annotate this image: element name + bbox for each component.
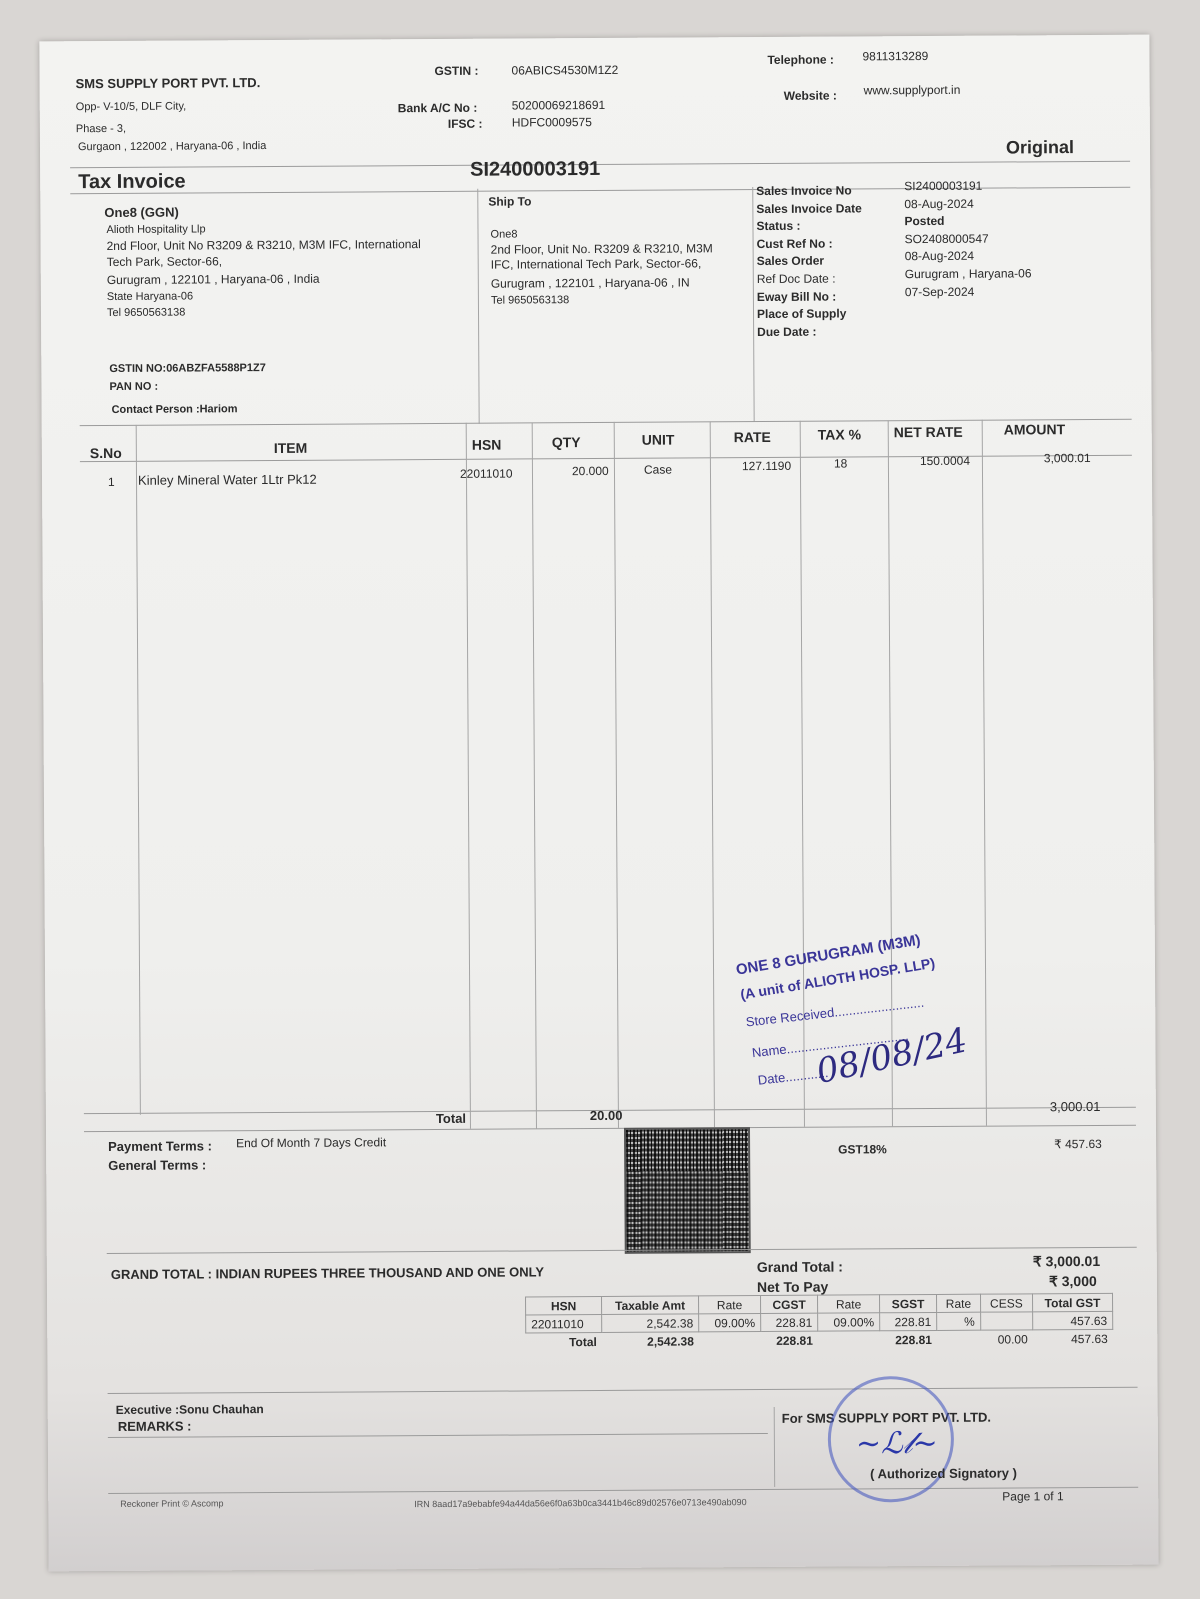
gst-col-rate: Rate — [818, 1295, 880, 1313]
row-net-rate: 150.0004 — [920, 454, 970, 468]
total-label: Total — [436, 1111, 466, 1126]
divider — [108, 1433, 768, 1438]
grand-total-label: Grand Total : — [757, 1259, 843, 1276]
meta-label: Place of Supply — [757, 306, 862, 324]
website-label: Website : — [784, 89, 837, 103]
net-to-pay-value: ₹ 3,000 — [1049, 1273, 1097, 1290]
table-row: 1 Kinley Mineral Water 1Ltr Pk12 2201101… — [39, 35, 1149, 42]
gst-col-rate: Rate — [699, 1296, 761, 1314]
general-terms-label: General Terms : — [108, 1157, 206, 1173]
bank-account-number: 50200069218691 — [512, 98, 606, 113]
row-hsn: 22011010 — [460, 467, 513, 481]
gst-cell: 00.00 — [980, 1330, 1032, 1348]
gst-cell: 457.63 — [1033, 1329, 1113, 1347]
meta-label: Status : — [756, 218, 861, 236]
bill-to-pan: PAN NO : — [109, 381, 158, 393]
bill-to-name: One8 (GGN) — [104, 205, 178, 220]
invoice-number-heading: SI2400003191 — [470, 158, 600, 182]
table-header-border — [80, 455, 1132, 462]
divider — [108, 1387, 1138, 1394]
bill-to-line: State Haryana-06 — [107, 290, 193, 303]
signature-icon: ~ℒ𝓁~ — [856, 1426, 938, 1461]
supplier-address-line-3: Gurgaon , 122002 , Haryana-06 , India — [78, 140, 266, 153]
sales-order: SO2408000547 — [905, 230, 1032, 248]
executive-name: Executive :Sonu Chauhan — [116, 1402, 264, 1417]
row-sno: 1 — [108, 475, 115, 489]
due-date: 07-Sep-2024 — [905, 283, 1032, 301]
divider — [477, 189, 479, 424]
supplier-address-line-1: Opp- V-10/5, DLF City, — [76, 101, 187, 114]
gst-summary-label: GST18% — [838, 1142, 887, 1156]
row-unit: Case — [644, 463, 672, 477]
divider — [774, 1407, 775, 1487]
col-divider — [614, 422, 619, 1128]
col-header-item: ITEM — [274, 440, 308, 456]
supplier-name: SMS SUPPLY PORT PVT. LTD. — [76, 75, 261, 91]
meta-label: Sales Invoice No — [756, 182, 861, 200]
gstin-label: GSTIN : — [434, 64, 478, 78]
table-top-border — [80, 419, 1132, 426]
net-to-pay-label: Net To Pay — [757, 1279, 828, 1295]
gst-cell: 228.81 — [761, 1313, 818, 1331]
bill-to-line: 2nd Floor, Unit No R3209 & R3210, M3M IF… — [107, 237, 421, 253]
col-header-sno: S.No — [90, 445, 122, 461]
gst-cell — [699, 1332, 761, 1350]
table-bottom-border — [84, 1125, 1136, 1132]
gst-cell: % — [937, 1312, 981, 1330]
bill-to-line: Gurugram , 122101 , Haryana-06 , India — [107, 272, 320, 287]
ship-to-label: Ship To — [488, 194, 531, 208]
col-divider — [710, 421, 715, 1127]
bank-account-label: Bank A/C No : — [398, 101, 478, 115]
total-qty: 20.00 — [590, 1108, 623, 1123]
col-divider — [466, 423, 471, 1129]
tax-invoice-page: SMS SUPPLY PORT PVT. LTD. Opp- V-10/5, D… — [39, 35, 1158, 1572]
invoice-meta-labels: Sales Invoice No Sales Invoice Date Stat… — [756, 182, 862, 341]
gst-cell: Total — [526, 1332, 602, 1350]
bill-to-gstin: GSTIN NO:06ABZFA5588P1Z7 — [109, 362, 266, 375]
ifsc-label: IFSC : — [448, 117, 483, 131]
gst-cell — [937, 1330, 981, 1348]
col-header-hsn: HSN — [472, 437, 502, 453]
gst-col-taxable: Taxable Amt — [602, 1296, 699, 1315]
meta-label: Due Date : — [757, 323, 862, 341]
telephone-label: Telephone : — [767, 53, 834, 67]
gst-cell: 22011010 — [526, 1314, 602, 1332]
ship-to-line: 2nd Floor, Unit No. R3209 & R3210, M3M — [491, 241, 713, 256]
row-tax: 18 — [834, 456, 847, 470]
meta-label: Eway Bill No : — [757, 288, 862, 306]
contact-person: Contact Person :Hariom — [112, 403, 238, 416]
document-title: Tax Invoice — [78, 171, 186, 195]
gst-col-total: Total GST — [1032, 1293, 1112, 1311]
bill-to-line: Tech Park, Sector-66, — [107, 254, 222, 269]
authorized-signatory: ( Authorized Signatory ) — [870, 1465, 1017, 1481]
gst-col-hsn: HSN — [526, 1296, 602, 1314]
software-credit: Reckoner Print © Ascomp — [120, 1498, 223, 1509]
gst-cell: 457.63 — [1033, 1311, 1113, 1329]
ship-to-line: Gurugram , 122101 , Haryana-06 , IN — [491, 275, 690, 290]
store-received: Store Received......................... — [745, 995, 925, 1030]
gst-cell: 2,542.38 — [602, 1314, 699, 1333]
page-number: Page 1 of 1 — [1002, 1489, 1063, 1503]
col-divider — [532, 422, 537, 1128]
amount-in-words: GRAND TOTAL : INDIAN RUPEES THREE THOUSA… — [111, 1264, 544, 1282]
meta-label: Sales Invoice Date — [756, 200, 861, 218]
gst-col-cgst: CGST — [760, 1295, 817, 1313]
gst-total-row: Total 2,542.38 228.81 228.81 00.00 457.6… — [526, 1329, 1113, 1350]
col-header-tax: TAX % — [818, 426, 861, 442]
col-header-net-rate: NET RATE — [894, 424, 963, 440]
col-header-amount: AMOUNT — [1004, 421, 1066, 437]
ref-doc-date: 08-Aug-2024 — [905, 248, 1032, 266]
meta-label: Sales Order — [757, 253, 862, 271]
row-rate: 127.1190 — [742, 459, 791, 473]
col-divider — [888, 420, 893, 1126]
gst-col-cess: CESS — [980, 1294, 1032, 1312]
e-invoice-qr-code — [624, 1127, 751, 1254]
gst-cell: 09.00% — [699, 1314, 761, 1332]
place-of-supply: Gurugram , Haryana-06 — [905, 265, 1032, 283]
gst-cell — [818, 1331, 880, 1349]
gst-breakup-table: HSN Taxable Amt Rate CGST Rate SGST Rate… — [525, 1293, 1113, 1351]
supplier-address-line-2: Phase - 3, — [76, 123, 126, 135]
col-header-rate: RATE — [734, 429, 771, 445]
irn-number: IRN 8aad17a9ebabfe94a44da56e6f0a63b0ca34… — [414, 1497, 746, 1509]
gst-col-sgst: SGST — [880, 1294, 937, 1312]
gst-cell: 228.81 — [880, 1312, 937, 1330]
payment-terms-value: End Of Month 7 Days Credit — [236, 1135, 386, 1150]
gst-cell: 228.81 — [761, 1331, 818, 1349]
payment-terms-label: Payment Terms : — [108, 1138, 212, 1154]
gst-cell — [980, 1312, 1032, 1330]
row-qty: 20.000 — [572, 464, 609, 478]
sales-invoice-no: SI2400003191 — [904, 177, 1031, 195]
divider — [108, 1487, 1138, 1494]
meta-label: Cust Ref No : — [757, 235, 862, 253]
divider — [752, 187, 754, 422]
col-divider — [136, 425, 141, 1115]
copy-type: Original — [1006, 137, 1074, 158]
gst-cell: 2,542.38 — [602, 1332, 699, 1350]
grand-total-value: ₹ 3,000.01 — [1033, 1253, 1100, 1270]
gst-col-rate: Rate — [937, 1294, 981, 1312]
invoice-meta-values: SI2400003191 08-Aug-2024 Posted SO240800… — [904, 177, 1031, 301]
supplier-telephone: 9811313289 — [862, 49, 928, 63]
supplier-website: www.supplyport.in — [864, 83, 961, 98]
ship-to-line: One8 — [490, 228, 517, 240]
col-header-qty: QTY — [552, 434, 581, 450]
bill-to-line: Tel 9650563138 — [107, 307, 185, 319]
remarks-label: REMARKS : — [118, 1419, 192, 1434]
ifsc-code: HDFC0009575 — [512, 115, 592, 129]
gst-summary-amount: ₹ 457.63 — [1054, 1137, 1102, 1151]
status-value: Posted — [904, 213, 1031, 231]
col-header-unit: UNIT — [642, 432, 675, 448]
meta-label: Ref Doc Date : — [757, 270, 862, 288]
ship-to-line: Tel 9650563138 — [491, 294, 569, 306]
supplier-gstin: 06ABICS4530M1Z2 — [511, 63, 618, 78]
gst-cell: 228.81 — [880, 1330, 937, 1348]
col-divider — [982, 420, 987, 1126]
row-amount: 3,000.01 — [1044, 451, 1091, 465]
ship-to-line: IFC, International Tech Park, Sector-66, — [491, 256, 702, 271]
divider — [107, 1247, 1137, 1254]
bill-to-line: Alioth Hospitality Llp — [106, 223, 205, 236]
sales-invoice-date: 08-Aug-2024 — [904, 195, 1031, 213]
row-item: Kinley Mineral Water 1Ltr Pk12 — [138, 472, 317, 488]
gst-cell: 09.00% — [818, 1313, 880, 1331]
total-amount: 3,000.01 — [1050, 1099, 1101, 1114]
